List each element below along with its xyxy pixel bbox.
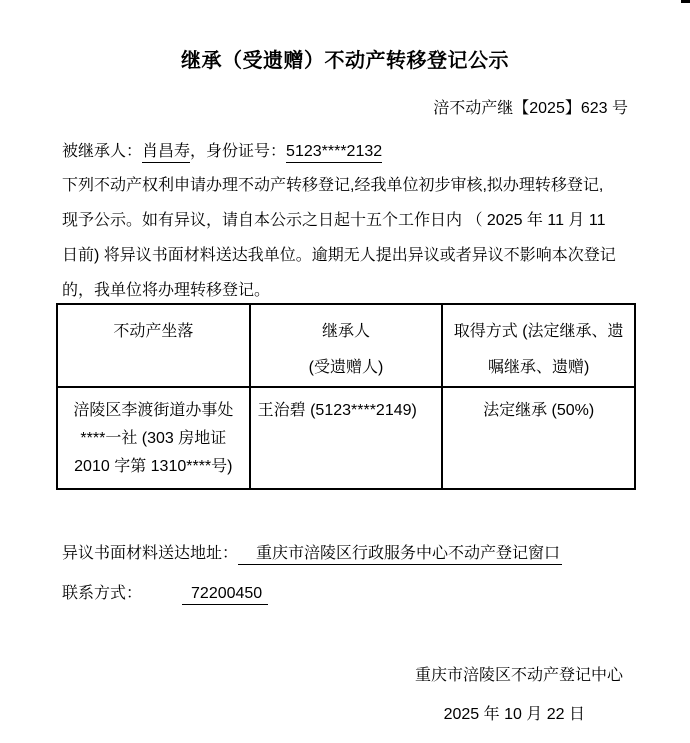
notice-line: 日前) 将异议书面材料送达我单位。逾期无人提出异议或者异议不影响本次登记 (62, 238, 644, 273)
cell-property-location: 涪陵区李渡街道办事处 ****一社 (303 房地证 2010 字第 1310*… (57, 387, 250, 489)
footer-issuer: 重庆市涪陵区不动产登记中心 (415, 662, 623, 685)
header-acquisition-text-2: 嘱继承、遗赠) (443, 350, 634, 386)
notice-document: 继承（受遗赠）不动产转移登记公示 涪不动产继【2025】623 号 被继承人：肖… (0, 0, 690, 743)
registration-table: 不动产坐落 继承人 (受遗赠人) 取得方式 (法定继承、遗 嘱继承、遗赠) 涪陵… (56, 303, 636, 490)
header-acquisition-text-1: 取得方式 (法定继承、遗 (443, 314, 634, 350)
footer-date: 2025 年 10 月 22 日 (444, 701, 585, 724)
header-heir-text: 继承人 (251, 314, 442, 350)
property-location-line: 2010 字第 1310****号) (58, 453, 249, 481)
cell-acquisition-method: 法定继承 (50%) (442, 387, 635, 489)
decedent-label: 被继承人： (62, 143, 142, 160)
objection-address-label: 异议书面材料送达地址： (62, 545, 238, 562)
contact-value: 72200450 (182, 585, 268, 605)
table-header-row: 不动产坐落 继承人 (受遗赠人) 取得方式 (法定继承、遗 嘱继承、遗赠) (57, 304, 635, 387)
objection-address-line: 异议书面材料送达地址：重庆市涪陵区行政服务中心不动产登记窗口 (62, 540, 562, 563)
header-cell-heir: 继承人 (受遗赠人) (250, 304, 443, 387)
property-location-line: 涪陵区李渡街道办事处 (58, 397, 249, 425)
header-cell-acquisition: 取得方式 (法定继承、遗 嘱继承、遗赠) (442, 304, 635, 387)
header-cell-location: 不动产坐落 (57, 304, 250, 387)
objection-address-value: 重庆市涪陵区行政服务中心不动产登记窗口 (238, 545, 562, 565)
notice-line: 下列不动产权利申请办理不动产转移登记,经我单位初步审核,拟办理转移登记, (62, 168, 644, 203)
header-heir-subtext: (受遗赠人) (251, 350, 442, 386)
scan-artifact (681, 0, 690, 3)
document-number: 涪不动产继【2025】623 号 (433, 95, 628, 118)
property-location-line: ****一社 (303 房地证 (58, 425, 249, 453)
cell-heir-name: 王治碧 (5123****2149) (250, 387, 443, 489)
notice-paragraph: 下列不动产权利申请办理不动产转移登记,经我单位初步审核,拟办理转移登记, 现予公… (62, 168, 644, 308)
table-data-row: 涪陵区李渡街道办事处 ****一社 (303 房地证 2010 字第 1310*… (57, 387, 635, 489)
contact-label: 联系方式： (62, 585, 142, 602)
header-location-text: 不动产坐落 (58, 314, 249, 350)
decedent-id-label: ，身份证号： (190, 143, 286, 160)
notice-line: 现予公示。如有异议，请自本公示之日起十五个工作日内 （ 2025 年 11 月 … (62, 203, 644, 238)
decedent-id-number: 5123****2132 (286, 143, 382, 163)
decedent-line: 被继承人：肖昌寿，身份证号：5123****2132 (62, 138, 382, 161)
decedent-name: 肖昌寿 (142, 143, 190, 163)
page-title: 继承（受遗赠）不动产转移登记公示 (0, 44, 690, 73)
contact-line: 联系方式：72200450 (62, 580, 268, 603)
